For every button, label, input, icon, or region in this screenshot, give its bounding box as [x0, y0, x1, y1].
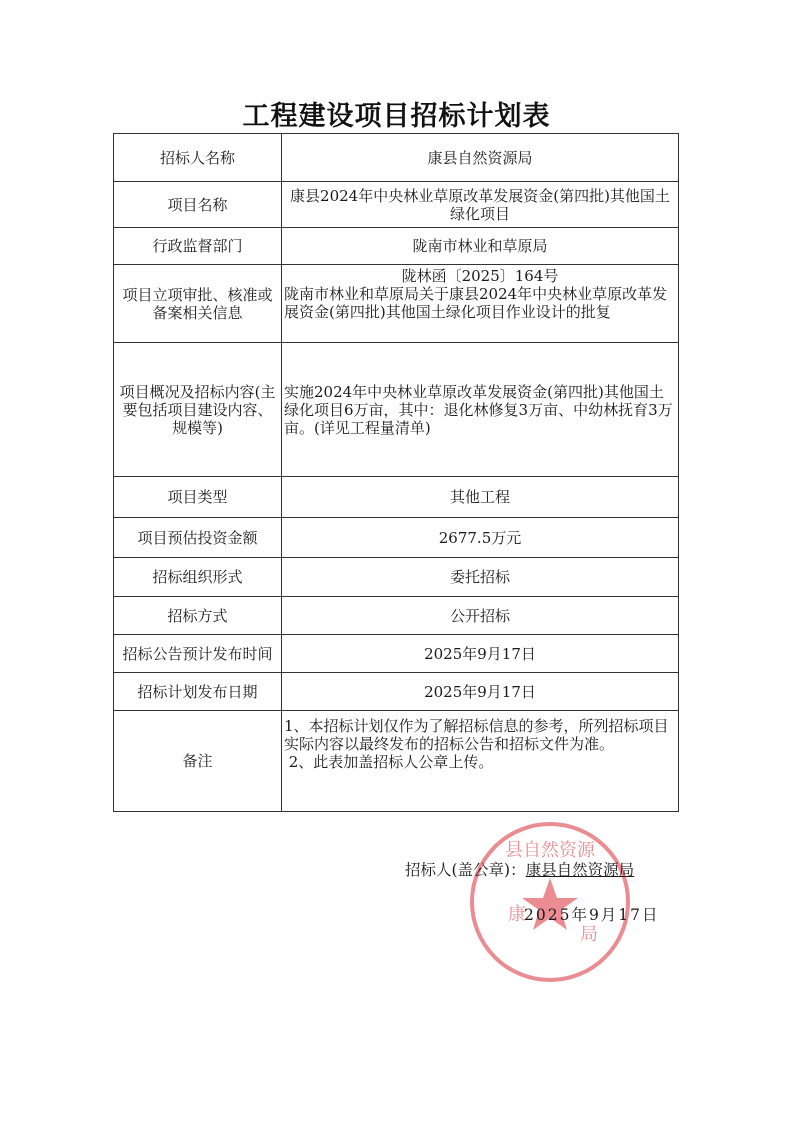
table-row: 招标计划发布日期 2025年9月17日: [114, 673, 679, 711]
tender-plan-table: 招标人名称 康县自然资源局 项目名称 康县2024年中央林业草原改革发展资金(第…: [113, 133, 679, 812]
row-value: 委托招标: [282, 558, 679, 597]
approval-doc-title: 陇南市林业和草原局关于康县2024年中央林业草原改革发展资金(第四批)其他国土绿…: [284, 285, 676, 321]
table-row: 招标人名称 康县自然资源局: [114, 134, 679, 182]
row-value: 陇南市林业和草原局: [282, 228, 679, 265]
table-row: 备注 1、本招标计划仅作为了解招标信息的参考，所列招标项目实际内容以最终发布的招…: [114, 711, 679, 812]
row-label: 备注: [114, 711, 282, 812]
row-value: 陇林函〔2025〕164号 陇南市林业和草原局关于康县2024年中央林业草原改革…: [282, 265, 679, 343]
svg-text:局: 局: [580, 924, 598, 945]
signature-line: 招标人(盖公章)：康县自然资源局: [405, 858, 634, 880]
table-row: 招标方式 公开招标: [114, 597, 679, 635]
row-value: 2677.5万元: [282, 518, 679, 558]
table-row: 行政监督部门 陇南市林业和草原局: [114, 228, 679, 265]
row-label: 项目预估投资金额: [114, 518, 282, 558]
row-label: 招标公告预计发布时间: [114, 635, 282, 673]
remarks: 1、本招标计划仅作为了解招标信息的参考，所列招标项目实际内容以最终发布的招标公告…: [282, 711, 679, 812]
row-value: 其他工程: [282, 477, 679, 518]
row-value: 2025年9月17日: [282, 673, 679, 711]
page-title: 工程建设项目招标计划表: [0, 94, 793, 133]
table-row: 项目概况及招标内容(主要包括项目建设内容、规模等) 实施2024年中央林业草原改…: [114, 343, 679, 477]
official-seal-icon: 县自然资源 康 局: [468, 820, 632, 984]
row-label: 项目名称: [114, 182, 282, 228]
row-value: 实施2024年中央林业草原改革发展资金(第四批)其他国土绿化项目6万亩，其中：退…: [282, 343, 679, 477]
row-value: 康县自然资源局: [282, 134, 679, 182]
row-label: 招标人名称: [114, 134, 282, 182]
table-row: 招标公告预计发布时间 2025年9月17日: [114, 635, 679, 673]
table-row: 项目类型 其他工程: [114, 477, 679, 518]
row-value: 2025年9月17日: [282, 635, 679, 673]
row-label: 招标组织形式: [114, 558, 282, 597]
row-label: 项目类型: [114, 477, 282, 518]
row-label: 项目概况及招标内容(主要包括项目建设内容、规模等): [114, 343, 282, 477]
table-row: 项目预估投资金额 2677.5万元: [114, 518, 679, 558]
row-value: 公开招标: [282, 597, 679, 635]
signature-date: 2025年9月17日: [524, 903, 660, 925]
row-label: 行政监督部门: [114, 228, 282, 265]
row-label: 招标计划发布日期: [114, 673, 282, 711]
row-label: 项目立项审批、核准或备案相关信息: [114, 265, 282, 343]
signature-label: 招标人(盖公章)：: [405, 861, 526, 879]
table-row: 项目名称 康县2024年中央林业草原改革发展资金(第四批)其他国土绿化项目: [114, 182, 679, 228]
row-value: 康县2024年中央林业草原改革发展资金(第四批)其他国土绿化项目: [282, 182, 679, 228]
approval-doc-number: 陇林函〔2025〕164号: [284, 267, 676, 285]
table-row: 招标组织形式 委托招标: [114, 558, 679, 597]
remark-1: 1、本招标计划仅作为了解招标信息的参考，所列招标项目实际内容以最终发布的招标公告…: [284, 717, 676, 753]
remark-2: 2、此表加盖招标人公章上传。: [284, 753, 676, 771]
row-label: 招标方式: [114, 597, 282, 635]
signature-org: 康县自然资源局: [526, 861, 635, 879]
table-row: 项目立项审批、核准或备案相关信息 陇林函〔2025〕164号 陇南市林业和草原局…: [114, 265, 679, 343]
